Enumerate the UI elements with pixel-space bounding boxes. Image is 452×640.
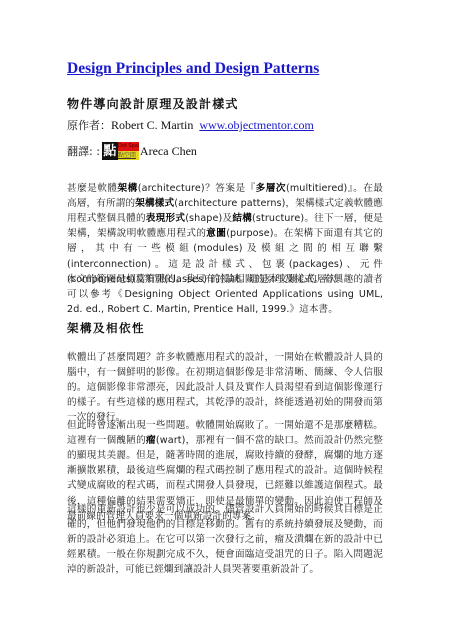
document-subtitle: 物件導向設計原理及設計樣式 — [67, 95, 239, 112]
bold-term: 架構樣式 — [135, 198, 174, 209]
translator-name: Areca Chen — [140, 144, 197, 159]
logo-top-text: Dot Space — [118, 142, 139, 151]
text-run: (shape)及 — [185, 213, 232, 224]
text-run: 軟體出了甚麼問題？許多軟體應用程式的設計，一開始在軟體設計人員的腦中，有一個鮮明… — [67, 352, 383, 424]
text-run: (architecture)？答案是『 — [138, 183, 256, 194]
translator-label: 翻譯: : — [67, 143, 100, 159]
translator-line: 翻譯: : 點 Dot Space 點空間 Areca Chen — [67, 141, 197, 161]
document-title-link[interactable]: Design Principles and Design Patterns — [67, 60, 319, 78]
bold-term: 瘤 — [146, 435, 156, 446]
logo-glyph: 點 — [102, 142, 118, 160]
dot-space-logo: 點 Dot Space 點空間 — [102, 142, 139, 160]
author-line: 原作者：Robert C. Martinwww.objectmentor.com — [67, 117, 314, 133]
bold-term: 結構 — [232, 213, 252, 224]
paragraph-scope: 本文的範圍是相當有限的。我只有討論相關的原理及樣式。有興趣的讀者可以參考《Des… — [67, 272, 383, 318]
text-run: 這樣的重新設計很少是可以成功的。儘管設計人員開始的時候其目標是正確的，但他們發現… — [67, 504, 383, 576]
bold-term: 架構 — [118, 183, 138, 194]
logo-text-stack: Dot Space 點空間 — [118, 142, 139, 160]
bold-term: 意圖 — [206, 228, 226, 239]
bold-term: 多層次 — [256, 183, 286, 194]
paragraph-redesign: 這樣的重新設計很少是可以成功的。儘管設計人員開始的時候其目標是正確的，但他們發現… — [67, 502, 383, 578]
bold-term: 表現形式 — [146, 213, 185, 224]
author-website-link[interactable]: www.objectmentor.com — [199, 118, 314, 132]
text-run: 本文的範圍是相當有限的。我只有討論相關的原理及樣式。有興趣的讀者可以參考《Des… — [67, 274, 383, 315]
author-name: Robert C. Martin — [111, 118, 193, 132]
logo-bottom-text: 點空間 — [118, 151, 139, 160]
paragraph-problem: 軟體出了甚麼問題？許多軟體應用程式的設計，一開始在軟體設計人員的腦中，有一個鮮明… — [67, 350, 383, 426]
section-heading: 架構及相依性 — [67, 320, 145, 336]
author-label: 原作者： — [67, 119, 111, 132]
text-run: 甚麼是軟體 — [67, 183, 118, 194]
